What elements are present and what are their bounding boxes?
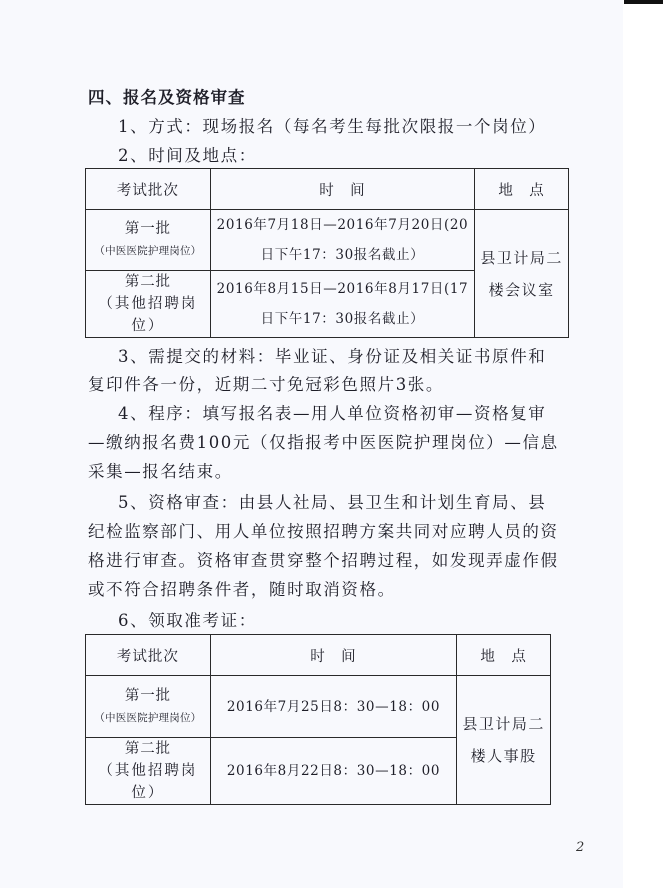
item-4-procedure-line2: —缴纳报名费100元（仅指报考中医医院护理岗位）—信息 [88,433,559,453]
time-line: 日下午17：30报名截止） [211,240,474,270]
place-line: 楼会议室 [475,274,568,306]
batch-note: （其他招聘岗位） [86,293,210,337]
time-line: 2016年7月25日8：30—18：00 [211,692,456,722]
item-4-procedure-line3: 采集—报名结束。 [88,462,233,482]
place-line: 县卫计局二 [457,708,550,740]
item-3-materials-line2: 复印件各一份，近期二寸免冠彩色照片3张。 [88,375,444,395]
place-cell: 县卫计局二 楼人事股 [457,676,551,805]
batch-cell: 第二批 （其他招聘岗位） [86,271,211,338]
item-5-review-line1: 5、资格审查：由县人社局、县卫生和计划生育局、县 [118,493,546,513]
header-place: 地 点 [457,635,551,676]
item-6-admission-ticket: 6、领取准考证： [118,611,257,631]
batch-note: （其他招聘岗位） [86,760,210,804]
item-1-method: 1、方式：现场报名（每名考生每批次限报一个岗位） [118,117,546,137]
place-line: 县卫计局二 [475,242,568,274]
batch-name: 第一批 [86,685,210,707]
header-time: 时 间 [210,169,474,210]
item-2-time-place: 2、时间及地点： [118,146,257,166]
batch-note: （中医医院护理岗位） [86,707,210,729]
header-batch: 考试批次 [86,635,211,676]
item-5-review-line2: 纪检监察部门、用人单位按照招聘方案共同对应聘人员的资 [88,522,559,542]
time-cell: 2016年7月18日—2016年7月20日(20 日下午17：30报名截止） [210,210,474,271]
item-5-review-line4: 或不符合招聘条件者，随时取消资格。 [88,580,396,600]
place-line: 楼人事股 [457,740,550,772]
item-3-materials-line1: 3、需提交的材料：毕业证、身份证及相关证书原件和 [118,347,546,367]
place-cell: 县卫计局二 楼会议室 [475,210,569,338]
scan-edge-bar [624,0,663,4]
batch-name: 第二批 [86,271,210,293]
batch-name: 第一批 [86,218,210,240]
time-line: 2016年8月22日8：30—18：00 [211,756,456,786]
batch-cell: 第二批 （其他招聘岗位） [86,738,211,805]
batch-cell: 第一批 （中医医院护理岗位） [86,210,211,271]
table-header-row: 考试批次 时 间 地 点 [86,635,551,676]
time-cell: 2016年7月25日8：30—18：00 [210,676,456,738]
page-number: 2 [576,840,584,855]
table-header-row: 考试批次 时 间 地 点 [86,169,569,210]
admission-ticket-table: 考试批次 时 间 地 点 第一批 （中医医院护理岗位） 2016年7月25日8：… [85,634,551,805]
batch-cell: 第一批 （中医医院护理岗位） [86,676,211,738]
section-heading: 四、报名及资格审查 [88,88,246,108]
time-cell: 2016年8月15日—2016年8月17日(17 日下午17：30报名截止） [210,271,474,338]
batch-name: 第二批 [86,738,210,760]
time-line: 2016年7月18日—2016年7月20日(20 [211,210,474,240]
batch-note: （中医医院护理岗位） [86,240,210,262]
item-4-procedure-line1: 4、程序：填写报名表—用人单位资格初审—资格复审 [118,404,546,424]
header-batch: 考试批次 [86,169,211,210]
registration-table: 考试批次 时 间 地 点 第一批 （中医医院护理岗位） 2016年7月18日—2… [85,168,569,338]
item-5-review-line3: 格进行审查。资格审查贯穿整个招聘过程，如发现弄虚作假 [88,551,559,571]
table-row: 第一批 （中医医院护理岗位） 2016年7月18日—2016年7月20日(20 … [86,210,569,271]
time-line: 2016年8月15日—2016年8月17日(17 [211,274,474,304]
time-line: 日下午17：30报名截止） [211,304,474,334]
header-time: 时 间 [210,635,456,676]
header-place: 地 点 [475,169,569,210]
time-cell: 2016年8月22日8：30—18：00 [210,738,456,805]
table-row: 第一批 （中医医院护理岗位） 2016年7月25日8：30—18：00 县卫计局… [86,676,551,738]
